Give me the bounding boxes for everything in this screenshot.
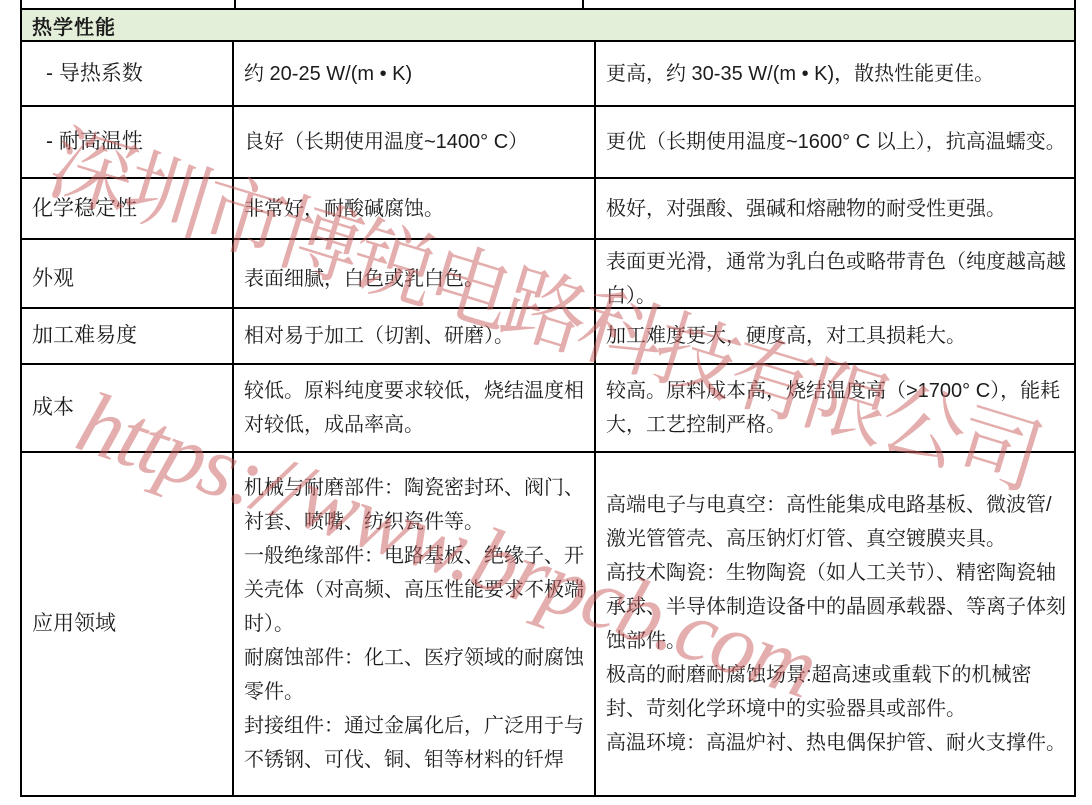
table-row: 化学稳定性非常好，耐酸碱腐蚀。极好，对强酸、强碱和熔融物的耐受性更强。 [22,177,1074,238]
row-label: 应用领域 [22,453,232,795]
cell-material-a: 机械与耐磨部件：陶瓷密封环、阀门、衬套、喷嘴、纺织瓷件等。一般绝缘部件：电路基板… [232,453,594,795]
cell-material-a: 较低。原料纯度要求较低，烧结温度相对较低，成品率高。 [232,365,594,451]
cell-paragraph: 高技术陶瓷：生物陶瓷（如人工关节）、精密陶瓷轴承球、半导体制造设备中的晶圆承载器… [606,556,1066,658]
cell-material-b: 高端电子与电真空：高性能集成电路基板、微波管/激光管管壳、高压钠灯灯管、真空镀膜… [594,453,1074,795]
row-label: 成本 [22,365,232,451]
document-page: 深圳市博锐电路科技有限公司 https://www.brpcb.com 热学性能… [0,0,1092,805]
cell-material-a: 相对易于加工（切割、研磨）。 [232,309,594,363]
cell-paragraph: 较高。原料成本高，烧结温度高（>1700° C），能耗大，工艺控制严格。 [606,374,1066,442]
table-row: 外观表面细腻，白色或乳白色。表面更光滑，通常为乳白色或略带青色（纯度越高越白）。 [22,238,1074,307]
cell-paragraph: 高温环境：高温炉衬、热电偶保护管、耐火支撑件。 [606,726,1066,760]
row-label: 外观 [22,240,232,318]
cell-paragraph: 高端电子与电真空：高性能集成电路基板、微波管/激光管管壳、高压钠灯灯管、真空镀膜… [606,488,1066,556]
table-row: - 导热系数约 20-25 W/(m • K)更高，约 30-35 W/(m •… [22,40,1074,105]
cell-paragraph: 良好（长期使用温度~1400° C） [244,125,586,159]
table-row: - 耐高温性良好（长期使用温度~1400° C）更优（长期使用温度~1600° … [22,105,1074,177]
cell-material-b: 更优（长期使用温度~1600° C 以上），抗高温蠕变。 [594,107,1074,177]
cell-paragraph: 封接组件：通过金属化后，广泛用于与不锈钢、可伐、铜、钼等材料的钎焊 [244,709,586,777]
table-divider [582,0,584,8]
cell-paragraph: 约 20-25 W/(m • K) [244,57,586,91]
cell-paragraph: 较低。原料纯度要求较低，烧结温度相对较低，成品率高。 [244,374,586,442]
cell-paragraph: 极好，对强酸、强碱和熔融物的耐受性更强。 [606,192,1066,226]
section-title: 热学性能 [32,11,116,40]
cell-paragraph: 表面更光滑，通常为乳白色或略带青色（纯度越高越白）。 [606,245,1066,313]
cell-material-a: 约 20-25 W/(m • K) [232,42,594,105]
cell-paragraph: 极高的耐磨耐腐蚀场景:超高速或重载下的机械密封、苛刻化学环境中的实验器具或部件。 [606,658,1066,726]
row-label: 加工难易度 [22,309,232,363]
cell-paragraph: 耐腐蚀部件：化工、医疗领域的耐腐蚀零件。 [244,641,586,709]
cell-material-b: 极好，对强酸、强碱和熔融物的耐受性更强。 [594,179,1074,238]
cell-paragraph: 更高，约 30-35 W/(m • K)，散热性能更佳。 [606,57,1066,91]
cell-material-a: 表面细腻，白色或乳白色。 [232,240,594,318]
cell-material-a: 良好（长期使用温度~1400° C） [232,107,594,177]
table-partial-top-row [22,0,1074,8]
cell-paragraph: 非常好，耐酸碱腐蚀。 [244,192,586,226]
cell-paragraph: 表面细腻，白色或乳白色。 [244,262,586,296]
row-label: - 耐高温性 [22,107,232,177]
comparison-table: 热学性能 - 导热系数约 20-25 W/(m • K)更高，约 30-35 W… [20,0,1076,797]
table-body: - 导热系数约 20-25 W/(m • K)更高，约 30-35 W/(m •… [22,40,1074,795]
cell-paragraph: 机械与耐磨部件：陶瓷密封环、阀门、衬套、喷嘴、纺织瓷件等。 [244,471,586,539]
cell-material-b: 加工难度更大，硬度高，对工具损耗大。 [594,309,1074,363]
cell-material-b: 更高，约 30-35 W/(m • K)，散热性能更佳。 [594,42,1074,105]
table-row: 加工难易度相对易于加工（切割、研磨）。加工难度更大，硬度高，对工具损耗大。 [22,307,1074,363]
cell-paragraph: 加工难度更大，硬度高，对工具损耗大。 [606,319,1066,353]
row-label: - 导热系数 [22,42,232,105]
cell-material-b: 表面更光滑，通常为乳白色或略带青色（纯度越高越白）。 [594,240,1074,318]
cell-paragraph: 相对易于加工（切割、研磨）。 [244,319,586,353]
table-divider [234,0,236,8]
table-row: 应用领域机械与耐磨部件：陶瓷密封环、阀门、衬套、喷嘴、纺织瓷件等。一般绝缘部件：… [22,451,1074,795]
row-label: 化学稳定性 [22,179,232,238]
cell-paragraph: 更优（长期使用温度~1600° C 以上），抗高温蠕变。 [606,125,1066,159]
cell-material-b: 较高。原料成本高，烧结温度高（>1700° C），能耗大，工艺控制严格。 [594,365,1074,451]
table-row: 成本较低。原料纯度要求较低，烧结温度相对较低，成品率高。较高。原料成本高，烧结温… [22,363,1074,451]
section-header-row: 热学性能 [22,8,1074,40]
cell-material-a: 非常好，耐酸碱腐蚀。 [232,179,594,238]
cell-paragraph: 一般绝缘部件：电路基板、绝缘子、开关壳体（对高频、高压性能要求不极端时）。 [244,539,586,641]
